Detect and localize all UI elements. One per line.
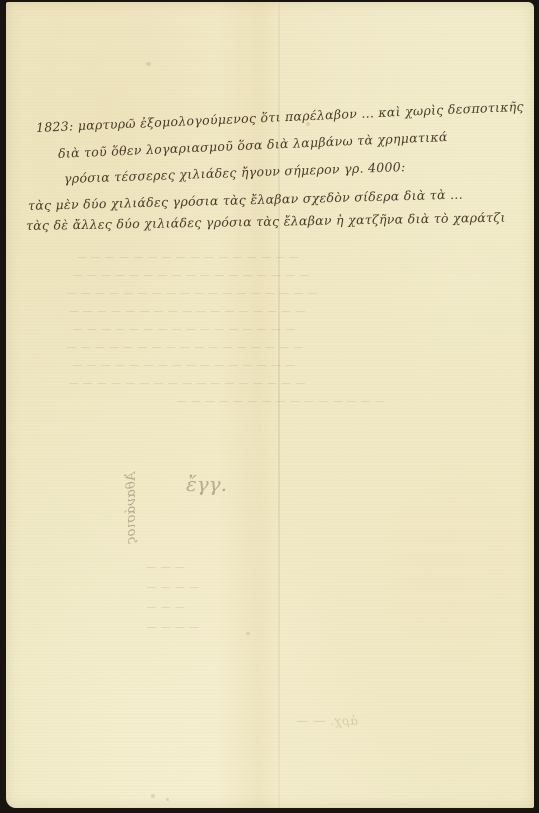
text-line-3: γρόσια τέσσερες χιλιάδες ἤγουν σήμερον γ… — [64, 159, 406, 186]
foxing-spot — [166, 798, 169, 801]
foxing-spot — [151, 794, 155, 798]
bleed-line-2: — — — — — — — — — — — — — — — — — — [72, 270, 309, 281]
manuscript-page: 1823: μαρτυρῶ ἐξομολογούμενος ὅτι παρέλα… — [6, 2, 534, 808]
bleed-line-8: — — — — — — — — — — — — — — — — — — [68, 378, 305, 389]
bleed-line-4: — — — — — — — — — — — — — — — — — — [68, 306, 305, 317]
bleed-line-7: — — — — — — — — — — — — — — — — — [72, 360, 295, 371]
bleed-flourish: ἔγγ. — [186, 472, 227, 496]
bleed-signature: Ἀθανάσιος — [124, 472, 139, 544]
text-line-4: τὰς μὲν δύο χιλιάδες γρόσια τὰς ἔλαβαν σ… — [28, 187, 463, 213]
bleed-note-4: — — — — — [146, 622, 199, 633]
bleed-line-1: — — — — — — — — — — — — — — — — — [76, 252, 299, 263]
bleed-line-9: — — — — — — — — — — — — — — — — [176, 396, 385, 407]
bleed-line-3: — — — — — — — — — — — — — — — — — — — [66, 288, 318, 299]
foxing-spot — [306, 122, 310, 126]
text-line-5: τὰς δὲ ἄλλες δύο χιλιάδες γρόσια τὰς ἔλα… — [26, 210, 506, 233]
text-line-2: διὰ τοῦ ὅθεν λογαριασμοῦ ὅσα διὰ λαμβάνω… — [58, 129, 448, 161]
bleed-note-1: — — — — [146, 562, 185, 573]
foxing-spot — [246, 632, 250, 635]
foxing-spot — [146, 62, 151, 66]
bleed-line-6: — — — — — — — — — — — — — — — — — — [66, 342, 303, 353]
bleed-note-2: — — — — — [146, 582, 199, 593]
bleed-note-3: — — — — [146, 602, 185, 613]
bottom-mark: ἀρχ. — — — [296, 714, 358, 728]
bleed-line-5: — — — — — — — — — — — — — — — — — [72, 324, 295, 335]
